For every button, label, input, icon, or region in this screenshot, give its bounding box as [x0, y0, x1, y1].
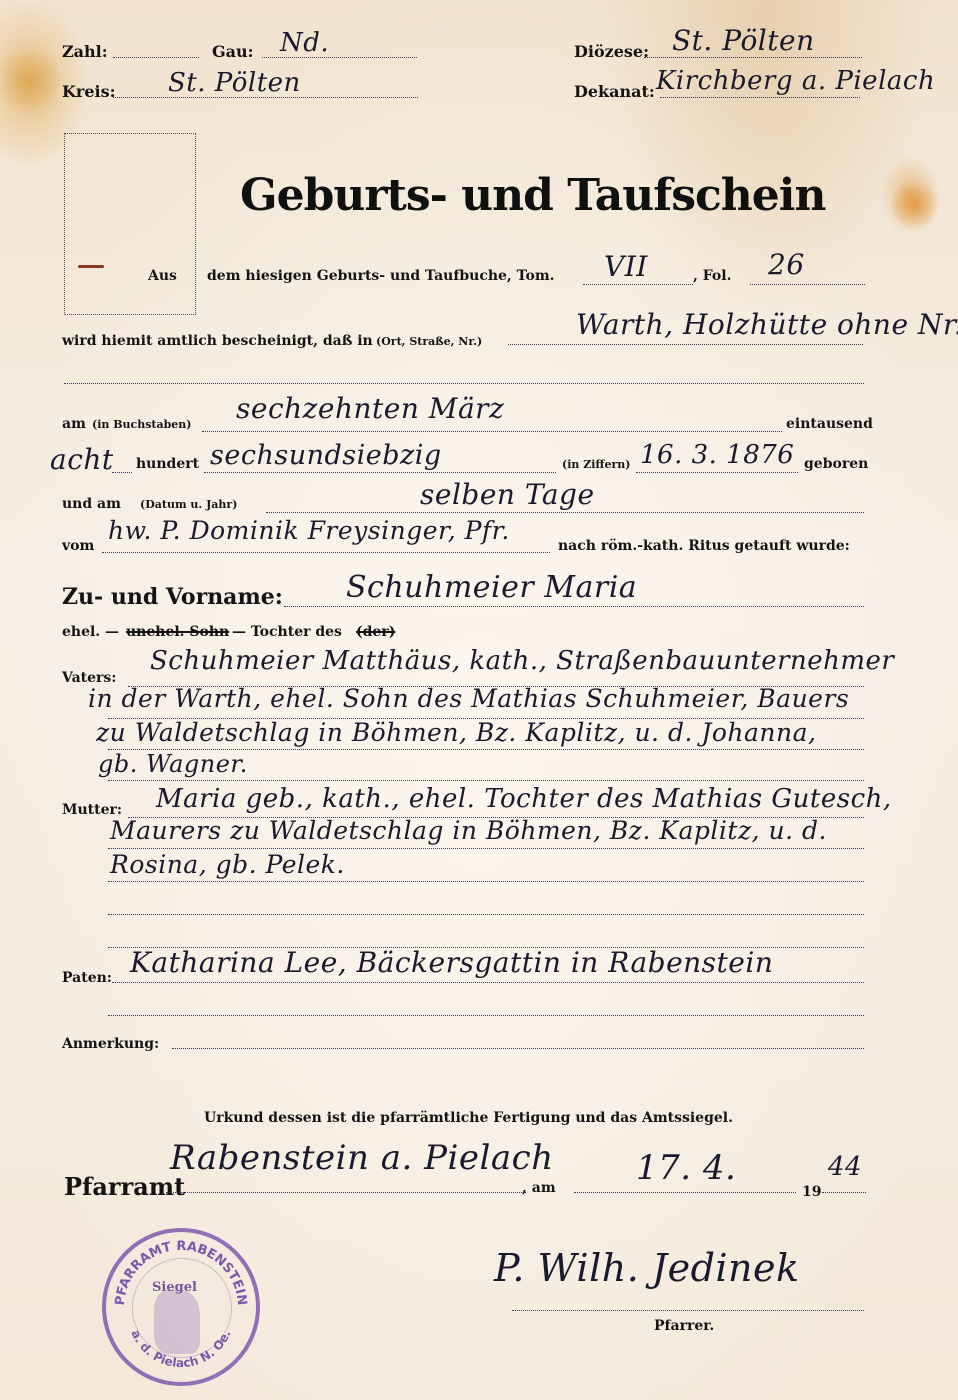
mother-line-3: Rosina, gb. Pelek. [110, 850, 345, 879]
place-field-2[interactable] [64, 383, 864, 384]
ritus-text: nach röm.-kath. Ritus getauft wurde: [558, 538, 850, 554]
pfarramt-value: Rabenstein a. Pielach [170, 1138, 554, 1178]
footer-date-value: 17. 4. [636, 1148, 736, 1188]
book-text: dem hiesigen Geburts- und Taufbuche, Tom… [207, 268, 555, 284]
name-label: Zu- und Vorname: [62, 584, 283, 610]
dioezese-label: Diözese: [574, 42, 649, 61]
footer-year-field[interactable] [822, 1192, 866, 1193]
baptism-date-field[interactable] [266, 512, 864, 513]
acht-field[interactable] [112, 472, 132, 473]
aus-label: Aus [148, 268, 177, 284]
paper-stain [0, 40, 60, 120]
day-words-value: sechzehnten März [236, 392, 504, 425]
der-struck: (der) [356, 624, 395, 640]
vom-label: vom [62, 538, 94, 554]
father-line-1: Schuhmeier Matthäus, kath., Straßenbauun… [150, 646, 894, 676]
hundert-label: hundert [136, 456, 199, 472]
godparents-field[interactable] [112, 982, 864, 983]
zahl-field[interactable] [113, 57, 199, 58]
baptism-date-value: selben Tage [420, 478, 595, 511]
ink-mark [78, 265, 104, 268]
godparents-label: Paten: [62, 970, 112, 986]
priest-field[interactable] [102, 552, 550, 553]
geboren-label: geboren [804, 456, 868, 472]
mother-line-2: Maurers zu Waldetschlag in Böhmen, Bz. K… [110, 816, 827, 845]
year-suffix: 44 [828, 1152, 862, 1182]
place-value: Warth, Holzhütte ohne Nr. [576, 308, 958, 341]
year-prefix: 19 [802, 1184, 821, 1200]
signature: P. Wilh. Jedinek [494, 1246, 800, 1290]
mother-field-4[interactable] [108, 914, 864, 915]
kreis-label: Kreis: [62, 82, 116, 101]
year-words-field[interactable] [204, 472, 556, 473]
zahl-label: Zahl: [62, 42, 108, 61]
date-digits-value: 16. 3. 1876 [640, 440, 794, 470]
paper-stain [890, 180, 940, 230]
eintausend-label: eintausend [786, 416, 873, 432]
footer-date-field[interactable] [574, 1192, 796, 1193]
seal-center-text: Siegel [152, 1280, 197, 1295]
father-line-3: zu Waldetschlag in Böhmen, Bz. Kaplitz, … [96, 718, 816, 747]
priest-value: hw. P. Dominik Freysinger, Pfr. [108, 516, 510, 545]
pfarramt-field[interactable] [166, 1192, 526, 1193]
date-digits-field[interactable] [636, 472, 798, 473]
photo-box [64, 133, 196, 315]
mother-field-2[interactable] [108, 848, 864, 849]
father-line-4: gb. Wagner. [98, 750, 248, 778]
unehel-sohn-struck: unehel. Sohn [126, 624, 229, 640]
fol-field[interactable] [750, 284, 865, 285]
father-field-4[interactable] [108, 780, 864, 781]
tom-field[interactable] [583, 284, 693, 285]
fol-value: 26 [768, 248, 805, 281]
remark-field[interactable] [172, 1048, 864, 1049]
father-line-2: in der Warth, ehel. Sohn des Mathias Sch… [88, 684, 849, 713]
name-value: Schuhmeier Maria [346, 570, 637, 605]
dekanat-field[interactable] [660, 97, 860, 98]
dioezese-value: St. Pölten [672, 24, 815, 57]
parish-seal: PFARRAMT RABENSTEIN a. d. Pielach N. Oe.… [102, 1228, 260, 1386]
dekanat-value: Kirchberg a. Pielach [656, 66, 935, 96]
tochter-label: — Tochter des [232, 624, 342, 640]
kreis-value: St. Pölten [168, 68, 301, 98]
document-title: Geburts- und Taufschein [240, 170, 825, 221]
pfarrer-label: Pfarrer. [654, 1318, 714, 1334]
mother-line-1: Maria geb., kath., ehel. Tochter des Mat… [156, 784, 892, 814]
am-hint: (in Buchstaben) [92, 418, 192, 431]
place-label: wird hiemit amtlich bescheinigt, daß in [62, 333, 373, 349]
und-am-hint: (Datum u. Jahr) [140, 498, 237, 511]
day-words-field[interactable] [202, 431, 782, 432]
tom-value: VII [604, 250, 648, 283]
ehel-label: ehel. — [62, 624, 119, 640]
godparents-field-2[interactable] [108, 1015, 864, 1016]
und-am-label: und am [62, 496, 121, 512]
attest-text: Urkund dessen ist die pfarrämtliche Fert… [204, 1110, 733, 1126]
dioezese-field[interactable] [644, 57, 862, 58]
signature-line [512, 1310, 864, 1311]
pfarramt-label: Pfarramt [64, 1172, 185, 1201]
name-field[interactable] [284, 606, 864, 607]
am-footer-label: , am [522, 1180, 556, 1196]
godparents-value: Katharina Lee, Bäckersgattin in Rabenste… [130, 946, 773, 979]
am-label: am [62, 416, 86, 432]
gau-value: Nd. [280, 28, 329, 58]
dekanat-label: Dekanat: [574, 82, 655, 101]
year-words-value: sechsundsiebzig [210, 440, 442, 471]
acht-value: acht [50, 443, 114, 476]
ziffern-hint: (in Ziffern) [562, 458, 630, 471]
mother-field-3[interactable] [108, 881, 864, 882]
fol-label: , Fol. [693, 268, 731, 284]
gau-label: Gau: [212, 42, 254, 61]
remark-label: Anmerkung: [62, 1036, 159, 1052]
place-hint: (Ort, Straße, Nr.) [376, 335, 482, 348]
seal-figure [154, 1290, 200, 1354]
place-field[interactable] [508, 344, 863, 345]
